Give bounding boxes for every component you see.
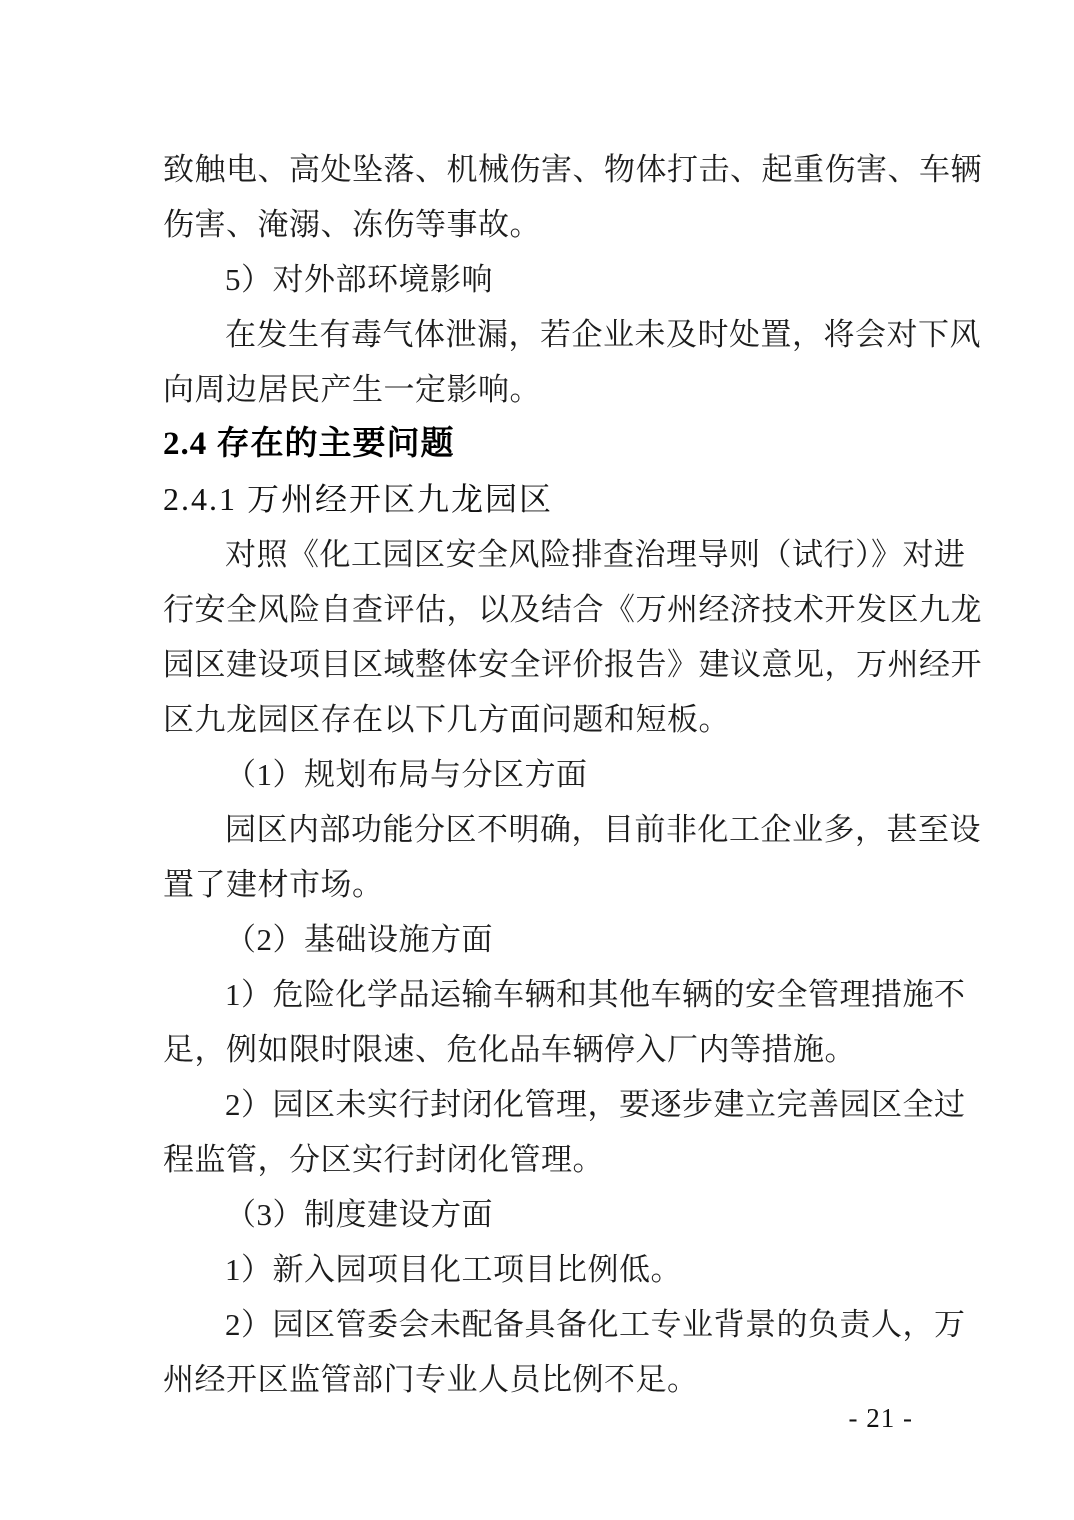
text-line: 对照《化工园区安全风险排查治理导则（试行）》对进 (163, 527, 913, 582)
text-line: 2）园区未实行封闭化管理，要逐步建立完善园区全过 (163, 1077, 913, 1132)
text-line: 在发生有毒气体泄漏，若企业未及时处置，将会对下风 (163, 307, 913, 362)
subsection-heading: 2.4.1 万州经开区九龙园区 (163, 472, 913, 527)
text-line: （2）基础设施方面 (163, 912, 913, 967)
text-line: 2）园区管委会未配备具备化工专业背景的负责人，万 (163, 1297, 913, 1352)
text-line: （3）制度建设方面 (163, 1187, 913, 1242)
text-line: 1）危险化学品运输车辆和其他车辆的安全管理措施不 (163, 967, 913, 1022)
text-line: 园区内部功能分区不明确，目前非化工企业多，甚至设 (163, 802, 913, 857)
text-line: 区九龙园区存在以下几方面问题和短板。 (163, 692, 913, 747)
page-number: - 21 - (163, 1398, 913, 1438)
text-line: 5）对外部环境影响 (163, 252, 913, 307)
text-line: 置了建材市场。 (163, 857, 913, 912)
text-line: 足，例如限时限速、危化品车辆停入厂内等措施。 (163, 1022, 913, 1077)
document-page: 致触电、高处坠落、机械伤害、物体打击、起重伤害、车辆伤害、淹溺、冻伤等事故。5）… (0, 0, 1074, 1520)
text-line: 致触电、高处坠落、机械伤害、物体打击、起重伤害、车辆 (163, 142, 913, 197)
section-heading: 2.4 存在的主要问题 (163, 417, 913, 472)
text-line: 向周边居民产生一定影响。 (163, 362, 913, 417)
text-line: 园区建设项目区域整体安全评价报告》建议意见，万州经开 (163, 637, 913, 692)
text-line: （1）规划布局与分区方面 (163, 747, 913, 802)
text-line: 程监管，分区实行封闭化管理。 (163, 1132, 913, 1187)
text-line: 行安全风险自查评估，以及结合《万州经济技术开发区九龙 (163, 582, 913, 637)
document-body: 致触电、高处坠落、机械伤害、物体打击、起重伤害、车辆伤害、淹溺、冻伤等事故。5）… (163, 142, 913, 1407)
text-line: 1）新入园项目化工项目比例低。 (163, 1242, 913, 1297)
text-line: 伤害、淹溺、冻伤等事故。 (163, 197, 913, 252)
